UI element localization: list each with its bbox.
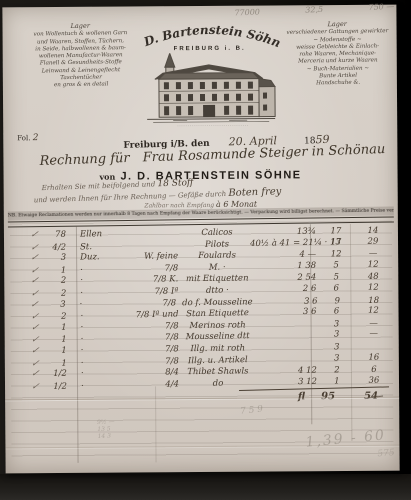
kreuzer-cell: 12 [356,259,390,270]
note1-handwritten: 18 Stoff [157,178,193,189]
kreuzer-cell: — [357,329,391,340]
description-cell: Illg. mit roth [185,343,251,354]
pencil-left-cluster: 9½ — 13 5 14 3 [97,418,115,440]
unit-cell: · [70,287,122,298]
unit-cell: · [70,298,121,309]
description-cell: Thibet Shawls [185,366,251,377]
gulden-cell: 17 [316,226,356,236]
size-cell: 7/8 Iª [122,286,184,297]
kreuzer-cell: 12 [356,282,390,293]
check-mark-flourish: ✓ [12,346,40,356]
note2-handwritten: Boten frey [228,186,281,199]
gulden-cell: 12 [316,249,356,259]
unit-cell: · [71,368,123,379]
description-cell: Calicos [184,227,250,238]
quantity-cell: 78 [38,229,70,239]
folio: Fol. 2 [17,133,38,143]
price-note-cell: 2 6 [250,284,316,295]
unit-cell: · [70,310,122,321]
pencil-number: 750 — [368,2,394,12]
description-cell: Foulards [184,250,250,261]
description-cell: Merinos roth [185,320,251,331]
folio-label: Fol. [17,134,30,142]
unit-cell: · [71,380,123,391]
left-block-line: en gros & en detail [15,81,147,90]
quantity-cell: 2 [38,276,70,286]
unit-cell: · [70,275,122,286]
description-cell: dtto · [184,285,250,296]
company-city: FREIBURG i. B. [135,45,285,52]
kreuzer-cell: 14 [356,225,390,235]
price-note-cell: 2 54 [250,273,316,284]
check-mark-flourish: ✓ [11,253,39,263]
quantity-cell: 2 [38,311,70,322]
unit-cell: Duz. [70,252,122,263]
description-cell: Mousseline dtt [185,331,251,342]
price-note-cell: 3 6 [250,307,316,318]
description-cell: mit Etiquetten [184,274,250,285]
kreuzer-cell: 36 [357,375,391,386]
check-mark-flourish: ✓ [11,276,39,286]
unit-cell: · [71,345,123,356]
description-cell: M. · [184,262,250,273]
quantity-cell: 1/2 [39,381,71,392]
quantity-cell: 1 [39,345,71,355]
building-engraving-icon [143,52,279,125]
right-block-line: Handschuhe &. [275,79,401,88]
quantity-cell: 2 [38,288,70,299]
folio-value: 2 [33,133,39,143]
check-mark-flourish: ✓ [11,289,39,300]
kreuzer-cell: 12 [356,305,390,316]
header-left-assortment: Lager von Wollentuch & wollenen Garn und… [14,22,147,91]
gulden-cell: 3 [317,329,357,340]
price-note-cell: 4 — [250,250,316,261]
line-items-table: ✓ 78 Ellen Calicos 13¾ 17 14 ✓ 4/2 St. P… [12,226,391,391]
quantity-cell: 1 [39,322,71,332]
price-note-cell [251,347,317,348]
check-mark-flourish: ✓ [11,299,39,309]
description-cell: Pilots [184,238,250,249]
customer-name: Frau Rosamunde Steiger in Schönau [142,142,385,165]
quantity-cell: 1/2 [39,369,71,379]
unit-cell: · [71,334,123,345]
gulden-cell: 2 [317,365,357,375]
check-mark-flourish: ✓ [12,382,40,393]
description-cell: Illg. u. Artikel [185,354,251,365]
price-note-cell: 1 38 [250,260,316,271]
size-cell: 4/4 [123,379,185,390]
check-mark-flourish: ✓ [12,369,40,379]
size-cell: 7/8 K. [122,274,184,285]
price-note-cell [251,335,317,336]
price-note-cell: 40½ à 41 = 21¼ · 13 [250,237,316,248]
unit-cell: Ellen [70,229,122,240]
invoice-paper: 77000 32,5 750 — Lager von Wollentuch & … [2,5,399,474]
size-cell [122,233,184,234]
gulden-cell: 6 [316,283,356,294]
gulden-cell: 1 [317,376,357,387]
pencil-number: 77000 [234,7,260,17]
gulden-cell: 5 [316,260,356,271]
size-cell: 7/8 Iª und [122,309,184,320]
pencil-number: 32,5 [305,5,323,15]
price-note-cell [251,358,317,359]
size-cell: 7/8 [123,356,185,367]
gulden-cell: 17 [316,236,356,247]
size-cell: 8/4 [123,367,185,378]
kreuzer-cell: 29 [356,236,390,247]
size-cell: 7/8 [123,332,185,343]
unit-cell: · [71,322,123,333]
check-mark-flourish: ✓ [11,323,39,333]
size-cell: W. feine [122,251,184,262]
gulden-cell: 6 [316,306,356,317]
size-cell: 7/8 [121,298,182,309]
building-caption: ·································· [153,123,273,128]
description-cell: Stan Etiquette [184,308,250,319]
scanned-invoice-photo: 77000 32,5 750 — Lager von Wollentuch & … [0,0,411,500]
check-mark-flourish: ✓ [11,230,39,240]
pencil-annotation-top: 77000 32,5 750 — [234,2,394,18]
size-cell [122,245,184,246]
price-note-cell: 3 12 [251,376,317,387]
pencil-line: 14 3 [97,432,115,440]
price-note-cell: 4 12 [251,366,317,377]
pencil-edge-number: 575 [377,448,395,459]
header-right-assortment: Lager verschiedener Gattungen gewirkter … [274,20,401,89]
company-line: von J. D. BARTENSTEIN SÖHNE [3,163,397,185]
gulden-cell: 3 [317,352,357,363]
kreuzer-cell: 16 [357,352,391,363]
price-note-cell: 13¾ [250,226,316,237]
gulden-cell: 3 [317,342,357,352]
quantity-cell: 3 [38,253,70,263]
description-cell: do f. Mousseline [182,297,253,308]
size-cell: 7/8 [123,321,185,332]
size-cell: 7/8 [123,344,185,355]
price-note-cell [251,324,317,325]
description-cell: do [185,378,251,389]
quantity-cell: 3 [38,299,70,309]
